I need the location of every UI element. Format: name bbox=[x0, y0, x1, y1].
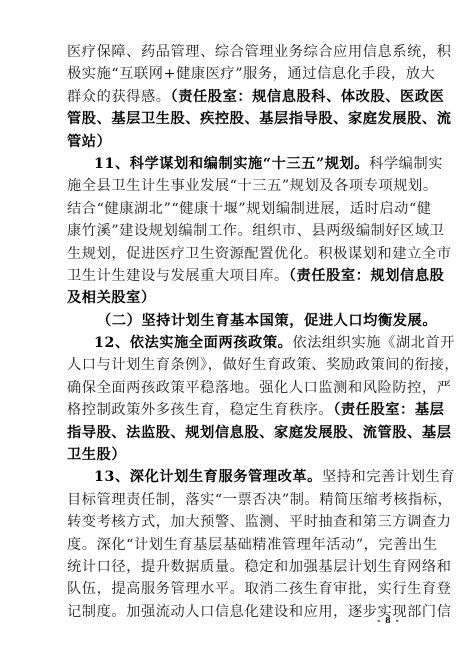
text-segment: 转变考核方式，加大预警、监测、平时抽查和第三方调查力 bbox=[67, 514, 451, 530]
text-line: 医疗保障、药品管理、综合管理业务综合应用信息系统，积 bbox=[67, 41, 397, 63]
text-line: 卫生股） bbox=[67, 444, 397, 466]
text-line: 卫生计生建设与发展重大项目库。（责任股室：规划信息股 bbox=[67, 265, 397, 287]
bold-text-segment: （责任股室：规划信息股 bbox=[289, 268, 445, 284]
text-line: （二）坚持计划生育基本国策，促进人口均衡发展。 bbox=[67, 310, 397, 332]
text-line: 记制度。加强流动人口信息化建设和应用，逐步实现部门信 bbox=[67, 601, 397, 623]
text-segment: 极实施“互联网+健康医疗”服务，通过信息化手段，放大 bbox=[67, 66, 435, 82]
bold-text-segment: （责任股室：规信息股科、体改股、医政医 bbox=[171, 89, 445, 105]
document-body: 医疗保障、药品管理、综合管理业务综合应用信息系统，积极实施“互联网+健康医疗”服… bbox=[67, 41, 397, 623]
page-number: - 8 - bbox=[377, 615, 400, 625]
text-segment: 群众的获得感。 bbox=[67, 89, 171, 105]
text-segment: 康竹溪”建设规划编制工作。组织市、县两级编制好区域卫 bbox=[67, 223, 445, 239]
text-segment: 坚持和完善计划生育 bbox=[322, 469, 455, 485]
bold-text-segment: 卫生股） bbox=[67, 447, 126, 463]
bold-text-segment: 管股、基层卫生股、疾控股、基层指导股、家庭发展股、流 bbox=[67, 111, 451, 127]
text-segment: 医疗保障、药品管理、综合管理业务综合应用信息系统，积 bbox=[67, 44, 451, 60]
text-line: 指导股、法监股、规划信息股、家庭发展股、流管股、基层 bbox=[67, 422, 397, 444]
bold-text-segment: 12、依法实施全面两孩政策。 bbox=[94, 335, 292, 351]
text-line: 队伍，提高服务管理水平。取消二孩生育审批，实行生育登 bbox=[67, 578, 397, 600]
text-line: 群众的获得感。（责任股室：规信息股科、体改股、医政医 bbox=[67, 86, 397, 108]
bold-text-segment: 及相关股室） bbox=[67, 290, 156, 306]
text-line: 人口与计划生育条例》，做好生育政策、奖励政策间的衔接， bbox=[67, 354, 397, 376]
text-line: 11、科学谋划和编制实施“十三五”规划。科学编制实 bbox=[67, 153, 397, 175]
text-line: 度。深化“计划生育基层基础精准管理年活动”，完善出生 bbox=[67, 534, 397, 556]
text-segment: 施全县卫生计生事业发展“十三五”规划及各项专项规划。 bbox=[67, 178, 438, 194]
text-line: 转变考核方式，加大预警、监测、平时抽查和第三方调查力 bbox=[67, 511, 397, 533]
bold-text-segment: 指导股、法监股、规划信息股、家庭发展股、流管股、基层 bbox=[67, 425, 451, 441]
text-line: 施全县卫生计生事业发展“十三五”规划及各项专项规划。 bbox=[67, 175, 397, 197]
text-segment: 人口与计划生育条例》，做好生育政策、奖励政策间的衔接， bbox=[67, 357, 459, 373]
text-line: 确保全面两孩政策平稳落地。强化人口监测和风险防控，严 bbox=[67, 377, 397, 399]
text-line: 生规划，促进医疗卫生资源配置优化。积极谋划和建立全市 bbox=[67, 243, 397, 265]
text-line: 管股、基层卫生股、疾控股、基层指导股、家庭发展股、流 bbox=[67, 108, 397, 130]
text-line: 12、依法实施全面两孩政策。依法组织实施《湖北首开 bbox=[67, 332, 397, 354]
text-line: 极实施“互联网+健康医疗”服务，通过信息化手段，放大 bbox=[67, 63, 397, 85]
text-line: 结合“健康湖北”“健康十堰”规划编制进展，适时启动“健 bbox=[67, 198, 397, 220]
bold-text-segment: 13、深化计划生育服务管理改革。 bbox=[94, 469, 322, 485]
text-segment: 科学编制实 bbox=[369, 156, 443, 172]
text-segment: 生规划，促进医疗卫生资源配置优化。积极谋划和建立全市 bbox=[67, 246, 451, 262]
text-segment: 统计口径，提升数据质量。稳定和加强基层计划生育网络和 bbox=[67, 559, 451, 575]
text-segment: 格控制政策外多孩生育，稳定生育秩序。 bbox=[67, 402, 333, 418]
text-segment: 卫生计生建设与发展重大项目库。 bbox=[67, 268, 289, 284]
text-line: 及相关股室） bbox=[67, 287, 397, 309]
bold-text-segment: （责任股室：基层 bbox=[333, 402, 444, 418]
bold-text-segment: 11、科学谋划和编制实施“十三五”规划。 bbox=[94, 156, 369, 172]
text-segment: 确保全面两孩政策平稳落地。强化人口监测和风险防控，严 bbox=[67, 380, 451, 396]
text-line: 统计口径，提升数据质量。稳定和加强基层计划生育网络和 bbox=[67, 556, 397, 578]
text-line: 13、深化计划生育服务管理改革。坚持和完善计划生育 bbox=[67, 466, 397, 488]
text-segment: 度。深化“计划生育基层基础精准管理年活动”，完善出生 bbox=[67, 537, 438, 553]
text-line: 格控制政策外多孩生育，稳定生育秩序。（责任股室：基层 bbox=[67, 399, 397, 421]
bold-text-segment: 管站） bbox=[67, 134, 111, 150]
bold-text-segment: （二）坚持计划生育基本国策，促进人口均衡发展。 bbox=[97, 313, 437, 329]
text-line: 康竹溪”建设规划编制工作。组织市、县两级编制好区域卫 bbox=[67, 220, 397, 242]
text-segment: 依法组织实施《湖北首开 bbox=[292, 335, 455, 351]
text-segment: 结合“健康湖北”“健康十堰”规划编制进展，适时启动“健 bbox=[67, 201, 432, 217]
text-segment: 目标管理责任制，落实“一票否决”制。精简压缩考核指标， bbox=[67, 492, 452, 508]
text-line: 管站） bbox=[67, 131, 397, 153]
text-line: 目标管理责任制，落实“一票否决”制。精简压缩考核指标， bbox=[67, 489, 397, 511]
text-segment: 队伍，提高服务管理水平。取消二孩生育审批，实行生育登 bbox=[67, 581, 451, 597]
